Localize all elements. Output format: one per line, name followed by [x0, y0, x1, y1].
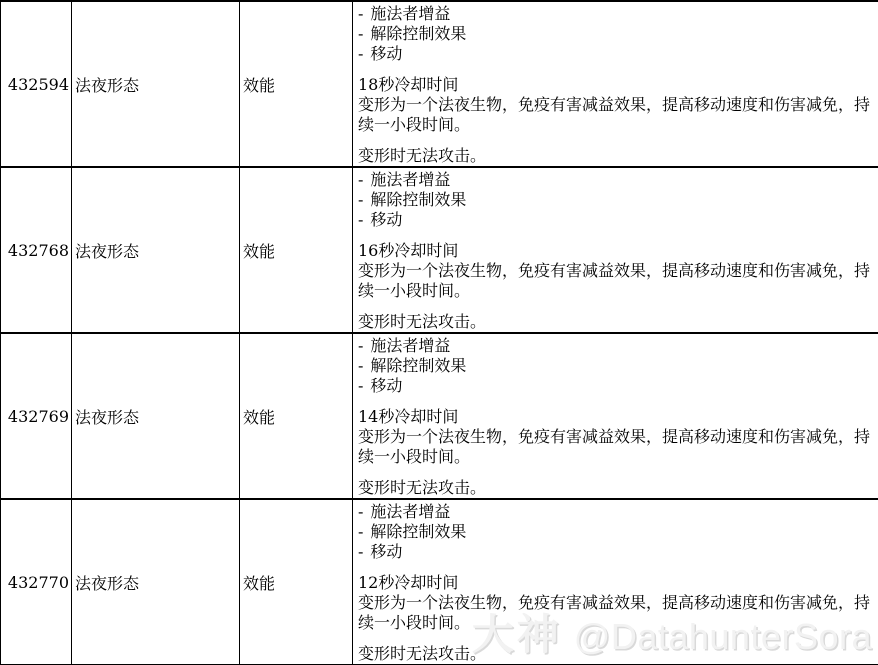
skill-category: 效能 [243, 571, 275, 594]
spacer [358, 301, 876, 312]
bullet-line: -移动 [358, 376, 876, 396]
skill-id: 432768 [8, 241, 69, 260]
skill-id-cell: 432594 [1, 2, 72, 166]
skill-name: 法夜形态 [75, 405, 139, 428]
skill-description-cell: -施法者增益 -解除控制效果 -移动 14秒冷却时间 变形为一个法夜生物，免疫有… [353, 334, 878, 498]
note-text: 变形时无法攻击。 [358, 644, 876, 664]
skill-name-cell: 法夜形态 [72, 334, 240, 498]
bullet-text: 施法者增益 [370, 502, 450, 521]
note-text: 变形时无法攻击。 [358, 312, 876, 332]
skill-name-cell: 法夜形态 [72, 500, 240, 664]
bullet-text: 移动 [370, 376, 402, 395]
description-text: 变形为一个法夜生物，免疫有害减益效果，提高移动速度和伤害减免，持续一小段时间。 [358, 95, 876, 135]
bullet-text: 移动 [370, 542, 402, 561]
bullet-dash: - [358, 4, 363, 24]
bullet-line: -移动 [358, 210, 876, 230]
skill-category-cell: 效能 [240, 500, 353, 664]
bullet-text: 解除控制效果 [370, 24, 466, 43]
table-row: 432594 法夜形态 效能 -施法者增益 -解除控制效果 -移动 18秒冷却时… [1, 2, 878, 168]
bullet-dash: - [358, 190, 363, 210]
bullet-dash: - [358, 210, 363, 230]
skill-category-cell: 效能 [240, 2, 353, 166]
spacer [358, 230, 876, 241]
skill-name: 法夜形态 [75, 571, 139, 594]
spacer [358, 135, 876, 146]
bullet-line: -施法者增益 [358, 170, 876, 190]
bullet-line: -移动 [358, 44, 876, 64]
bullet-line: -施法者增益 [358, 336, 876, 356]
spacer [358, 467, 876, 478]
bullet-line: -解除控制效果 [358, 522, 876, 542]
table-row: 432768 法夜形态 效能 -施法者增益 -解除控制效果 -移动 16秒冷却时… [1, 168, 878, 334]
skill-category: 效能 [243, 405, 275, 428]
bullet-line: -移动 [358, 542, 876, 562]
description-text: 变形为一个法夜生物，免疫有害减益效果，提高移动速度和伤害减免，持续一小段时间。 [358, 593, 876, 633]
table-row: 432770 法夜形态 效能 -施法者增益 -解除控制效果 -移动 12秒冷却时… [1, 500, 878, 665]
skill-id-cell: 432768 [1, 168, 72, 332]
table-row: 432769 法夜形态 效能 -施法者增益 -解除控制效果 -移动 14秒冷却时… [1, 334, 878, 500]
spacer [358, 396, 876, 407]
skill-id-cell: 432770 [1, 500, 72, 664]
skill-id: 432594 [8, 75, 69, 94]
bullet-text: 施法者增益 [370, 170, 450, 189]
skill-description-cell: -施法者增益 -解除控制效果 -移动 16秒冷却时间 变形为一个法夜生物，免疫有… [353, 168, 878, 332]
cooldown-text: 14秒冷却时间 [358, 407, 876, 427]
skill-category-cell: 效能 [240, 334, 353, 498]
bullet-text: 施法者增益 [370, 4, 450, 23]
note-text: 变形时无法攻击。 [358, 146, 876, 166]
cooldown-text: 12秒冷却时间 [358, 573, 876, 593]
skill-name-cell: 法夜形态 [72, 168, 240, 332]
skill-id-cell: 432769 [1, 334, 72, 498]
skill-id: 432770 [8, 573, 69, 592]
bullet-dash: - [358, 44, 363, 64]
bullet-line: -施法者增益 [358, 4, 876, 24]
spacer [358, 562, 876, 573]
cooldown-text: 16秒冷却时间 [358, 241, 876, 261]
bullet-dash: - [358, 376, 363, 396]
note-text: 变形时无法攻击。 [358, 478, 876, 498]
bullet-text: 移动 [370, 210, 402, 229]
bullet-line: -解除控制效果 [358, 190, 876, 210]
bullet-text: 解除控制效果 [370, 356, 466, 375]
bullet-dash: - [358, 356, 363, 376]
skill-description-cell: -施法者增益 -解除控制效果 -移动 12秒冷却时间 变形为一个法夜生物，免疫有… [353, 500, 878, 664]
skills-table: 432594 法夜形态 效能 -施法者增益 -解除控制效果 -移动 18秒冷却时… [0, 0, 878, 665]
bullet-dash: - [358, 522, 363, 542]
skill-id: 432769 [8, 407, 69, 426]
skill-category: 效能 [243, 73, 275, 96]
description-text: 变形为一个法夜生物，免疫有害减益效果，提高移动速度和伤害减免，持续一小段时间。 [358, 427, 876, 467]
bullet-dash: - [358, 502, 363, 522]
skill-category-cell: 效能 [240, 168, 353, 332]
bullet-dash: - [358, 336, 363, 356]
skill-name: 法夜形态 [75, 239, 139, 262]
bullet-line: -解除控制效果 [358, 24, 876, 44]
spacer [358, 64, 876, 75]
spacer [358, 633, 876, 644]
bullet-text: 解除控制效果 [370, 522, 466, 541]
bullet-dash: - [358, 542, 363, 562]
bullet-text: 移动 [370, 44, 402, 63]
description-text: 变形为一个法夜生物，免疫有害减益效果，提高移动速度和伤害减免，持续一小段时间。 [358, 261, 876, 301]
bullet-text: 解除控制效果 [370, 190, 466, 209]
skill-name-cell: 法夜形态 [72, 2, 240, 166]
bullet-dash: - [358, 24, 363, 44]
bullet-text: 施法者增益 [370, 336, 450, 355]
bullet-dash: - [358, 170, 363, 190]
skill-name: 法夜形态 [75, 73, 139, 96]
bullet-line: -解除控制效果 [358, 356, 876, 376]
bullet-line: -施法者增益 [358, 502, 876, 522]
skill-category: 效能 [243, 239, 275, 262]
skill-description-cell: -施法者增益 -解除控制效果 -移动 18秒冷却时间 变形为一个法夜生物，免疫有… [353, 2, 878, 166]
cooldown-text: 18秒冷却时间 [358, 75, 876, 95]
